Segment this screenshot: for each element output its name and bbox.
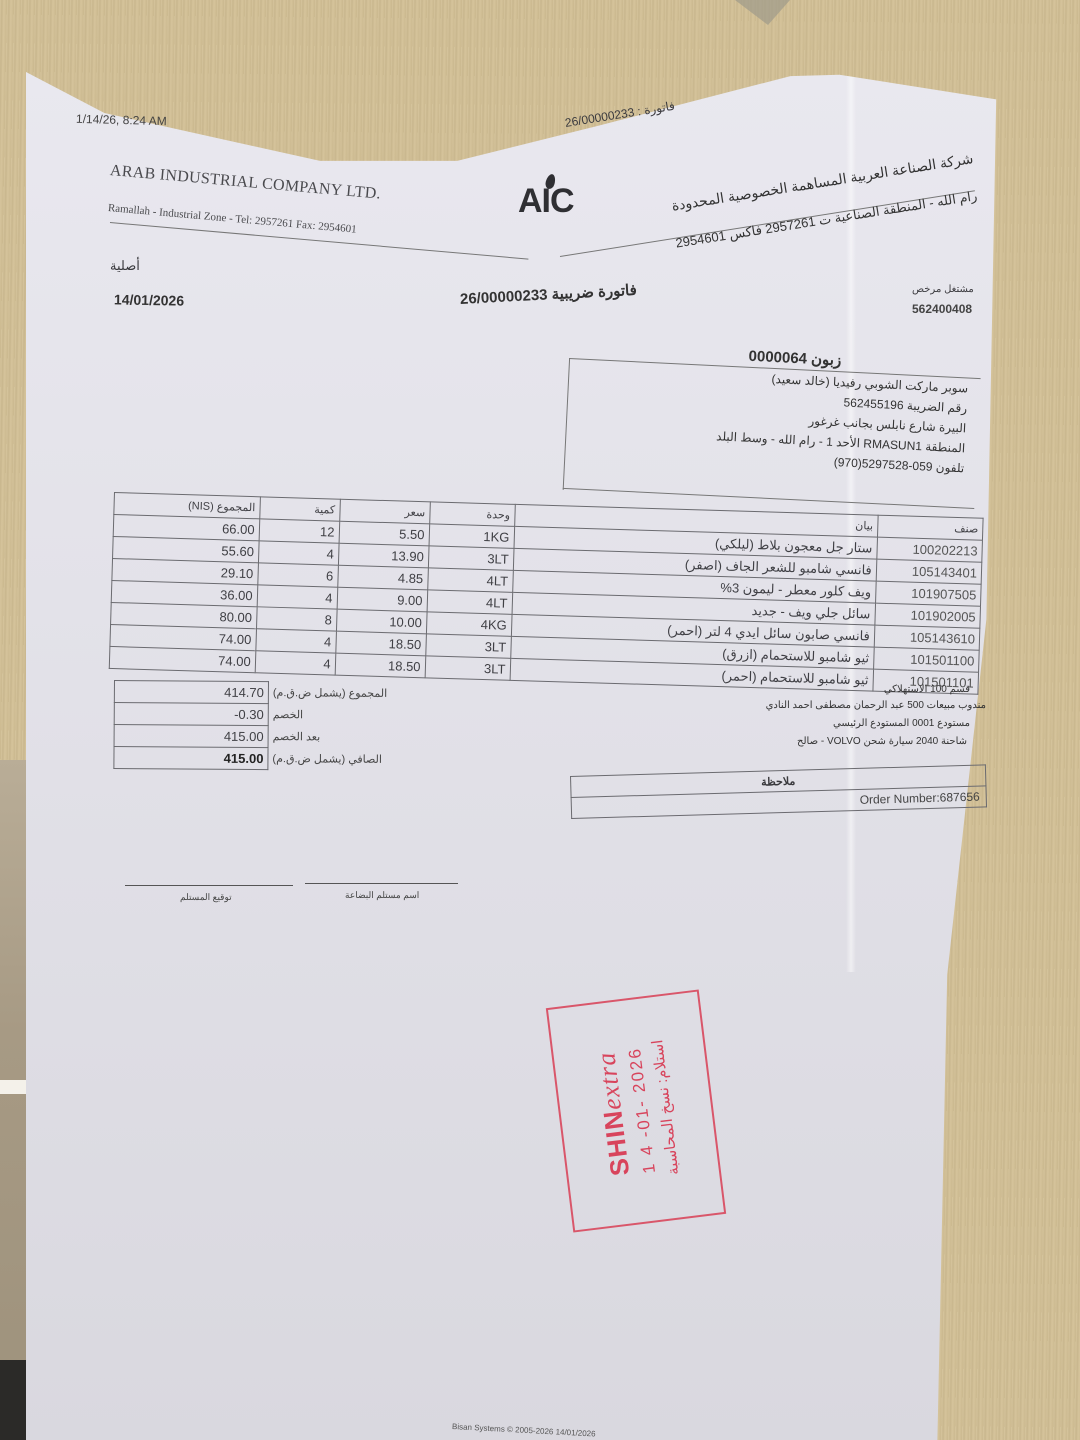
discount-value: -0.30	[114, 703, 268, 726]
row-qty: 12	[259, 519, 340, 543]
row-price: 9.00	[337, 587, 428, 612]
totals-table: 414.70 المجموع (يشمل ض.ق.م) -0.30 الخصم …	[113, 680, 392, 771]
row-qty: 6	[257, 563, 338, 587]
row-unit: 3LT	[425, 656, 511, 681]
company-logo: AIC	[518, 182, 574, 221]
row-price: 10.00	[336, 609, 427, 634]
row-price: 5.50	[339, 521, 430, 546]
row-qty: 4	[255, 651, 336, 675]
goods-receiver-label: اسم مستلم البضاعة	[345, 890, 419, 901]
customer-box: زبون 0000064 سوبر ماركت الشوبي رفيديا (خ…	[563, 340, 982, 510]
floor-edge	[0, 760, 26, 1440]
row-code: 101907505	[875, 581, 981, 606]
row-code: 101902005	[875, 603, 981, 628]
copy-label: أصلية	[110, 258, 140, 274]
after-discount-label: بعد الخصم	[268, 726, 391, 749]
print-timestamp: 1/14/26, 8:24 AM	[76, 112, 167, 128]
totals-row-after-discount: 415.00 بعد الخصم	[114, 725, 391, 749]
warehouse-info: مستودع 0001 المستودع الرئيسي	[833, 718, 970, 729]
row-unit: 4LT	[427, 568, 513, 593]
net-label: الصافي (يشمل ض.ق.م)	[268, 748, 391, 771]
receiver-signature-line	[125, 885, 293, 886]
customer-address: البيرة شارع نابلس بجانب غرغور	[808, 414, 966, 436]
row-qty: 4	[257, 585, 338, 609]
row-qty: 4	[256, 629, 337, 653]
col-price: سعر	[339, 499, 430, 524]
col-code: صنف	[877, 515, 983, 540]
items-table: المجموع (NIS) كمية سعر وحدة بيان صنف 66.…	[109, 492, 984, 695]
row-unit: 1KG	[429, 524, 515, 549]
totals-row-discount: -0.30 الخصم	[114, 703, 391, 727]
customer-phone: تلفون 059-5297528(970)	[833, 455, 964, 475]
subtotal-value: 414.70	[114, 681, 268, 704]
row-unit: 3LT	[425, 634, 511, 659]
row-unit: 4KG	[426, 612, 512, 637]
sales-rep-info: مندوب مبيعات 500 عبد الرحمان مصطفى احمد …	[766, 700, 986, 711]
row-code: 100202213	[877, 537, 983, 562]
row-price: 4.85	[337, 565, 428, 590]
customer-code: زبون 0000064	[748, 347, 842, 370]
row-total: 74.00	[109, 646, 255, 672]
row-code: 101501100	[873, 647, 979, 672]
discount-label: الخصم	[268, 704, 391, 727]
row-qty: 8	[256, 607, 337, 631]
license-label: مشتغل مرخص	[912, 284, 974, 295]
row-unit: 3LT	[428, 546, 514, 571]
license-number: 562400408	[912, 302, 972, 316]
row-price: 18.50	[335, 631, 426, 656]
receiver-signature-label: توقيع المستلم	[180, 892, 232, 903]
net-value: 415.00	[114, 747, 268, 770]
after-discount-value: 415.00	[114, 725, 268, 748]
received-stamp: SHINextra 1 4 -01- 2026 استلام: نسخ المح…	[546, 989, 726, 1232]
row-qty: 4	[258, 541, 339, 565]
row-price: 13.90	[338, 543, 429, 568]
col-unit: وحدة	[429, 502, 515, 527]
totals-row-subtotal: 414.70 المجموع (يشمل ض.ق.م)	[114, 681, 391, 705]
row-code: 105143610	[874, 625, 980, 650]
truck-info: شاحنة 2040 سيارة شحن VOLVO - صالح	[797, 736, 967, 747]
shadow-corner	[0, 1360, 26, 1440]
row-unit: 4LT	[427, 590, 513, 615]
invoice-date: 14/01/2026	[114, 291, 184, 308]
totals-row-net: 415.00 الصافي (يشمل ض.ق.م)	[114, 747, 391, 771]
customer-tax-no: رقم الضريبة 562455196	[843, 395, 967, 415]
row-code: 105143401	[876, 559, 982, 584]
goods-receiver-line	[305, 883, 458, 884]
col-qty: كمية	[259, 497, 340, 521]
subtotal-label: المجموع (يشمل ض.ق.م)	[268, 682, 391, 705]
department-info: قسم 100 الاستهلاكي	[884, 684, 970, 695]
row-price: 18.50	[335, 653, 426, 678]
